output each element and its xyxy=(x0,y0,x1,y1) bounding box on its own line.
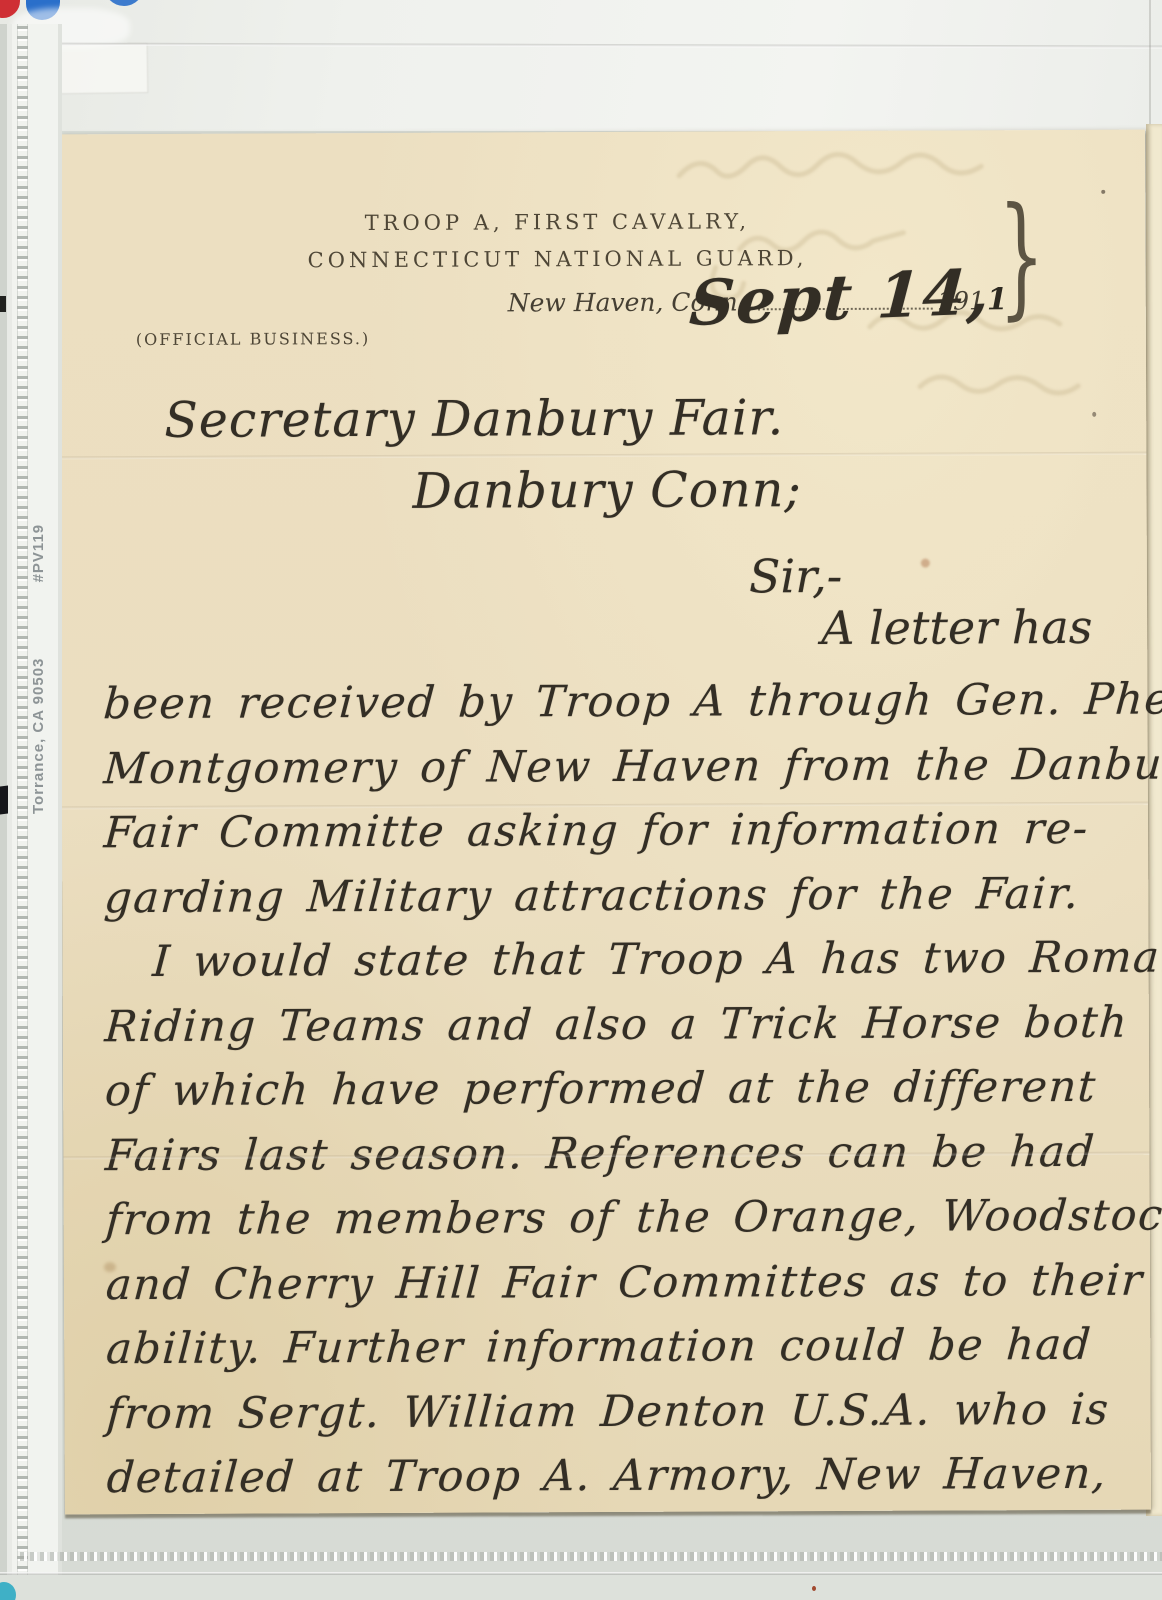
scanned-letter-scene: TROOP A, FIRST CAVALRY, CONNECTICUT NATI… xyxy=(0,0,1162,1600)
binder-label-code: #PV119 xyxy=(30,524,47,583)
handwritten-line: Montgomery of New Haven from the Danbury xyxy=(102,732,1126,801)
fold-crease-1 xyxy=(60,452,1146,460)
sleeve-bottom-seam xyxy=(20,1552,1162,1561)
sleeve-edge-line xyxy=(1149,0,1151,131)
foxing-spot xyxy=(104,1262,116,1272)
binder-stitching xyxy=(17,24,28,1600)
salutation: Sir,- xyxy=(749,549,843,603)
foxing-spot xyxy=(921,559,930,568)
handwritten-line: detailed at Troop A. Armory, New Haven, xyxy=(105,1442,1129,1511)
handwritten-line: from Sergt. William Denton U.S.A. who is xyxy=(104,1377,1128,1446)
bottom-speck xyxy=(812,1586,816,1591)
ink-speck xyxy=(1101,190,1105,194)
sleeve-top-band xyxy=(0,0,1162,131)
letterhead-line1: TROOP A, FIRST CAVALRY, xyxy=(59,208,1055,236)
recipient-line2: Danbury Conn; xyxy=(412,461,802,520)
binder-label-address: Torrance, CA 90503 xyxy=(30,658,47,814)
handwritten-line: I would state that Troop A has two Roman xyxy=(102,926,1126,995)
binder-label: Torrance, CA 90503 #PV119 xyxy=(30,524,47,814)
sleeve-bottom-band xyxy=(0,1575,1162,1600)
letter-body: been received by Troop A through Gen. Ph… xyxy=(103,668,1127,1511)
ink-speck xyxy=(1092,412,1096,417)
handwritten-line: Riding Teams and also a Trick Horse both xyxy=(103,990,1127,1059)
cropped-logo-blue-fragment-2 xyxy=(104,0,144,6)
handwritten-line: garding Military attractions for the Fai… xyxy=(102,861,1126,930)
binder-strip: Torrance, CA 90503 #PV119 xyxy=(0,24,62,1600)
handwritten-date: Sept 14, xyxy=(687,255,993,340)
handwritten-line: from the members of the Orange, Woodstoc… xyxy=(104,1184,1128,1253)
recipient-line1: Secretary Danbury Fair. xyxy=(164,389,784,449)
official-business-label: (OFFICIAL BUSINESS.) xyxy=(136,329,370,349)
letter-paper: TROOP A, FIRST CAVALRY, CONNECTICUT NATI… xyxy=(59,130,1151,1515)
edge-mark xyxy=(0,296,6,312)
handwritten-line: ability. Further information could be ha… xyxy=(104,1313,1128,1382)
sleeve-seam-line xyxy=(0,42,1162,48)
letterhead-brace-glyph: } xyxy=(998,206,1045,306)
opening-line: A letter has xyxy=(821,600,1092,655)
edge-mark xyxy=(0,785,8,814)
handwritten-line: been received by Troop A through Gen. Ph… xyxy=(101,668,1125,737)
handwritten-line: of which have performed at the different xyxy=(103,1055,1127,1124)
handwritten-line: and Cherry Hill Fair Committes as to the… xyxy=(104,1248,1128,1317)
